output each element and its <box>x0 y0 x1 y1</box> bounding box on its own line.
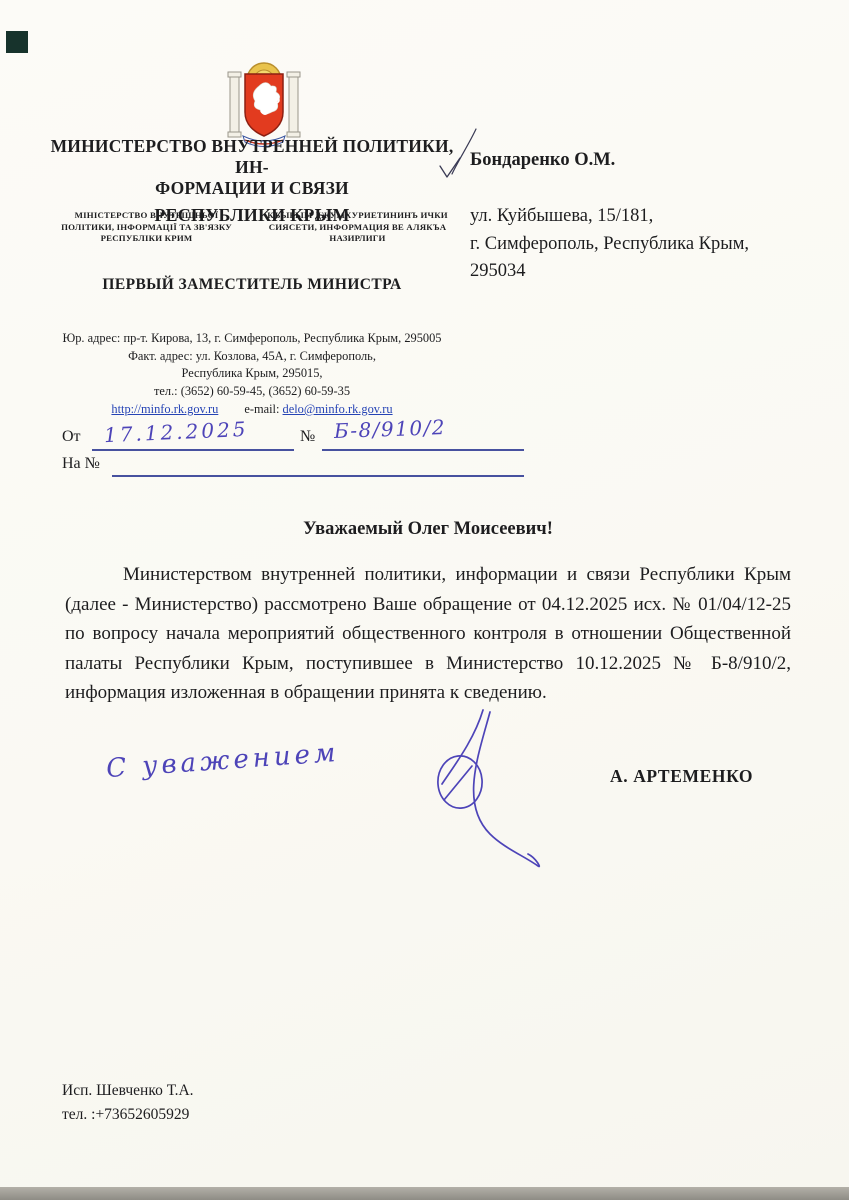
legal-address: Юр. адрес: пр-т. Кирова, 13, г. Симфероп… <box>44 330 460 348</box>
salutation: Уважаемый Олег Моисеевич! <box>65 519 791 540</box>
scan-edge-strip <box>0 1187 849 1200</box>
ministry-name-ukrainian: МІНІСТЕРСТВО ВНУТРІШНЬОЇ ПОЛІТИКИ, ІНФОР… <box>48 210 245 245</box>
recipient-name: Бондаренко О.М. <box>470 150 615 171</box>
reply-blank-line <box>112 475 524 477</box>
ministry-name-line1: МИНИСТЕРСТВО ВНУТРЕННЕЙ ПОЛИТИКИ, ИН- <box>51 136 454 177</box>
email-label: e-mail: <box>244 402 279 416</box>
executor-phone: тел. :+73652605929 <box>62 1103 194 1127</box>
ministry-name-translations: МІНІСТЕРСТВО ВНУТРІШНЬОЇ ПОЛІТИКИ, ІНФОР… <box>48 210 456 245</box>
recipient-address-line2: г. Симферополь, Республика Крым, <box>470 231 749 259</box>
handwritten-date: 17.12.2025 <box>104 417 249 447</box>
signature-scribble <box>378 708 583 873</box>
contact-address-block: Юр. адрес: пр-т. Кирова, 13, г. Симфероп… <box>44 330 460 419</box>
actual-address-line2: Республика Крым, 295015, <box>44 365 460 383</box>
number-blank-line <box>322 449 524 451</box>
website-link[interactable]: http://minfo.rk.gov.ru <box>111 401 218 419</box>
email-link[interactable]: delo@minfo.rk.gov.ru <box>283 402 393 416</box>
recipient-address: ул. Куйбышева, 15/181, г. Симферополь, Р… <box>470 203 749 286</box>
recipient-address-line1: ул. Куйбышева, 15/181, <box>470 203 749 231</box>
from-blank-line <box>92 449 294 451</box>
signer-name: А. АРТЕМЕНКО <box>610 766 753 787</box>
ministry-name-line2: ФОРМАЦИИ И СВЯЗИ <box>155 178 349 198</box>
executor-name: Исп. Шевченко Т.А. <box>62 1079 194 1103</box>
handwritten-closing: С уважением <box>105 738 340 784</box>
email-row: e-mail: delo@minfo.rk.gov.ru <box>244 401 392 419</box>
scanned-letter-page: МИНИСТЕРСТВО ВНУТРЕННЕЙ ПОЛИТИКИ, ИН- ФО… <box>0 0 849 1200</box>
phone-line: тел.: (3652) 60-59-45, (3652) 60-59-35 <box>44 383 460 401</box>
number-label: № <box>300 428 315 446</box>
recipient-address-line3: 295034 <box>470 258 749 286</box>
from-label: От <box>62 428 81 446</box>
ministry-name-crimean-tatar: КЪЫРЫМ ДЖУМХУРИЕТИНИНЪ ИЧКИ СИЯСЕТИ, ИНФ… <box>259 210 456 245</box>
reply-to-label: На № <box>62 455 100 473</box>
executor-block: Исп. Шевченко Т.А. тел. :+73652605929 <box>62 1079 194 1126</box>
letter-body-paragraph: Министерством внутренней политики, инфор… <box>65 560 791 708</box>
actual-address-line1: Факт. адрес: ул. Козлова, 45А, г. Симфер… <box>44 348 460 366</box>
scan-artifact-corner-mark <box>6 31 28 53</box>
sender-position-title: ПЕРВЫЙ ЗАМЕСТИТЕЛЬ МИНИСТРА <box>46 276 458 294</box>
handwritten-number: Б-8/910/2 <box>334 415 447 443</box>
